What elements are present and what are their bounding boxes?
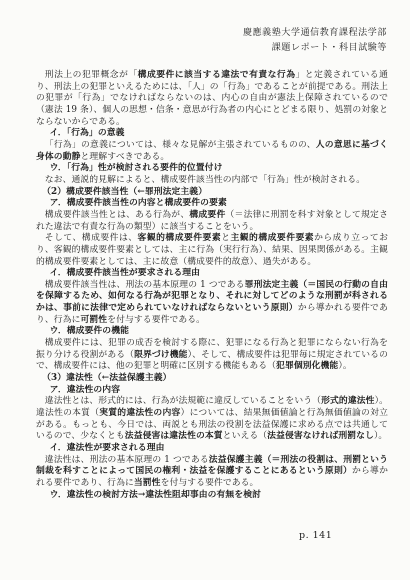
- key-term: 実質的違法性の内容: [99, 408, 180, 418]
- key-term: 犯罪個別化機能: [276, 361, 338, 371]
- section-heading: イ．違法性が要求される理由: [36, 443, 388, 455]
- section-heading: ウ．違法性の検討方法→違法性阻却事由の有無を検討: [36, 490, 388, 502]
- paragraph: 構成要件該当性は、刑法の基本原理の 1 つである罪刑法定主義（＝国民の行動の自由…: [36, 280, 388, 327]
- key-term: ア．違法性の内容: [50, 385, 120, 395]
- text-segment: なお、通説的見解によると、構成要件該当性の内部で「行為」性が検討される。: [45, 175, 365, 185]
- text-segment: といえる（: [223, 431, 268, 441]
- text-segment: 違法性は、刑法の基本原理の 1 つである: [45, 455, 209, 465]
- text-segment: を付与する要件である。: [107, 315, 205, 325]
- key-term: イ．違法性が要求される理由: [50, 443, 165, 453]
- key-term: イ．構成要件該当性が要求される理由: [50, 268, 200, 278]
- text-segment: を付与する要件である。: [161, 478, 259, 488]
- paragraph: 違法性とは、形式的には、行為が法規範に違反していることをいう（形式的違法性）。違…: [36, 396, 388, 443]
- key-term: ウ．違法性の検討方法→違法性阻却事由の有無を検討: [50, 490, 261, 500]
- section-heading: ウ．構成要件の機能: [36, 326, 388, 338]
- key-term: 形式的違法性: [321, 396, 374, 406]
- key-term: 法益侵害は違法性の本質: [125, 431, 223, 441]
- key-term: イ．「行為」の意義: [50, 128, 125, 138]
- section-heading: イ．構成要件該当性が要求される理由: [36, 268, 388, 280]
- document-header: 慶應義塾大学通信教育課程法学部 課題レポート・科目試験等: [243, 26, 387, 56]
- key-term: 限界づけ機能: [134, 350, 188, 360]
- text-segment: と理解すべきである。: [81, 152, 170, 162]
- paragraph: 違法性は、刑法の基本原理の 1 つである法益保護主義（＝刑法の役割は、刑罰という…: [36, 455, 388, 490]
- paragraph: 構成要件該当性とは、ある行為が、構成要件（＝法律に刑罰を科す対象として規定された…: [36, 210, 388, 233]
- key-term: 可罰性: [81, 315, 108, 325]
- paragraph: そして、構成要件は、客観的構成要件要素と主観的構成要件要素から成り立っており、客…: [36, 233, 388, 268]
- key-term: ア．構成要件該当性の内容と構成要件の要素: [50, 198, 227, 208]
- text-segment: 違法性とは、形式的には、行為が法規範に違反していることをいう（: [45, 396, 321, 406]
- text-segment: 構成要件該当性は、刑法の基本原理の 1 つである: [45, 280, 245, 290]
- text-segment: ）。: [374, 431, 387, 441]
- key-term: （3）違法性（←法益保護主義）: [42, 373, 171, 383]
- header-subtitle: 課題レポート・科目試験等: [243, 41, 387, 56]
- section-heading: （2）構成要件該当性（←罪刑法定主義）: [36, 187, 388, 199]
- text-segment: ）。: [338, 361, 351, 371]
- page-number: p. 141: [299, 530, 332, 541]
- text-segment: 刑法上の犯罪概念が「: [45, 70, 138, 80]
- key-term: 客観的構成要件要素: [138, 233, 222, 243]
- text-segment: 構成要件該当性とは、ある行為が、: [45, 210, 190, 220]
- key-term: 法益侵害なければ刑罰なし: [267, 431, 374, 441]
- key-term: （2）構成要件該当性（←罪刑法定主義）: [42, 187, 207, 197]
- section-heading: ウ．「行為」性が検討される要件的位置付け: [36, 163, 388, 175]
- section-heading: ア．構成要件該当性の内容と構成要件の要素: [36, 198, 388, 210]
- section-heading: イ．「行為」の意義: [36, 128, 388, 140]
- document-page: 慶應義塾大学通信教育課程法学部 課題レポート・科目試験等 刑法上の犯罪概念が「構…: [0, 0, 410, 580]
- paragraph: なお、通説的見解によると、構成要件該当性の内部で「行為」性が検討される。: [36, 175, 388, 187]
- paragraph: 構成要件には、犯罪の成否を検討する際に、犯罪になる行為と犯罪にならない行為を振り…: [36, 338, 388, 373]
- key-term: ウ．構成要件の機能: [50, 326, 129, 336]
- section-heading: ア．違法性の内容: [36, 385, 388, 397]
- key-term: ウ．「行為」性が検討される要件的位置付け: [50, 163, 223, 173]
- section-heading: （3）違法性（←法益保護主義）: [36, 373, 388, 385]
- paragraph: 刑法上の犯罪概念が「構成要件に該当する違法で有責な行為」と定義されている通り、刑…: [36, 70, 388, 128]
- key-term: 構成要件に該当する違法で有責な行為: [138, 70, 296, 80]
- paragraph: 「行為」の意義については、様々な見解が主張されているものの、人の意思に基づく身体…: [36, 140, 388, 163]
- header-institution: 慶應義塾大学通信教育課程法学部: [243, 26, 387, 41]
- key-term: 当罰性: [134, 478, 161, 488]
- text-segment: 「行為」の意義については、様々な見解が主張されているものの、: [45, 140, 316, 150]
- key-term: 主観的構成要件要素: [230, 233, 314, 243]
- key-term: 構成要件: [189, 210, 225, 220]
- document-body: 刑法上の犯罪概念が「構成要件に該当する違法で有責な行為」と定義されている通り、刑…: [36, 70, 388, 501]
- text-segment: そして、構成要件は、: [45, 233, 138, 243]
